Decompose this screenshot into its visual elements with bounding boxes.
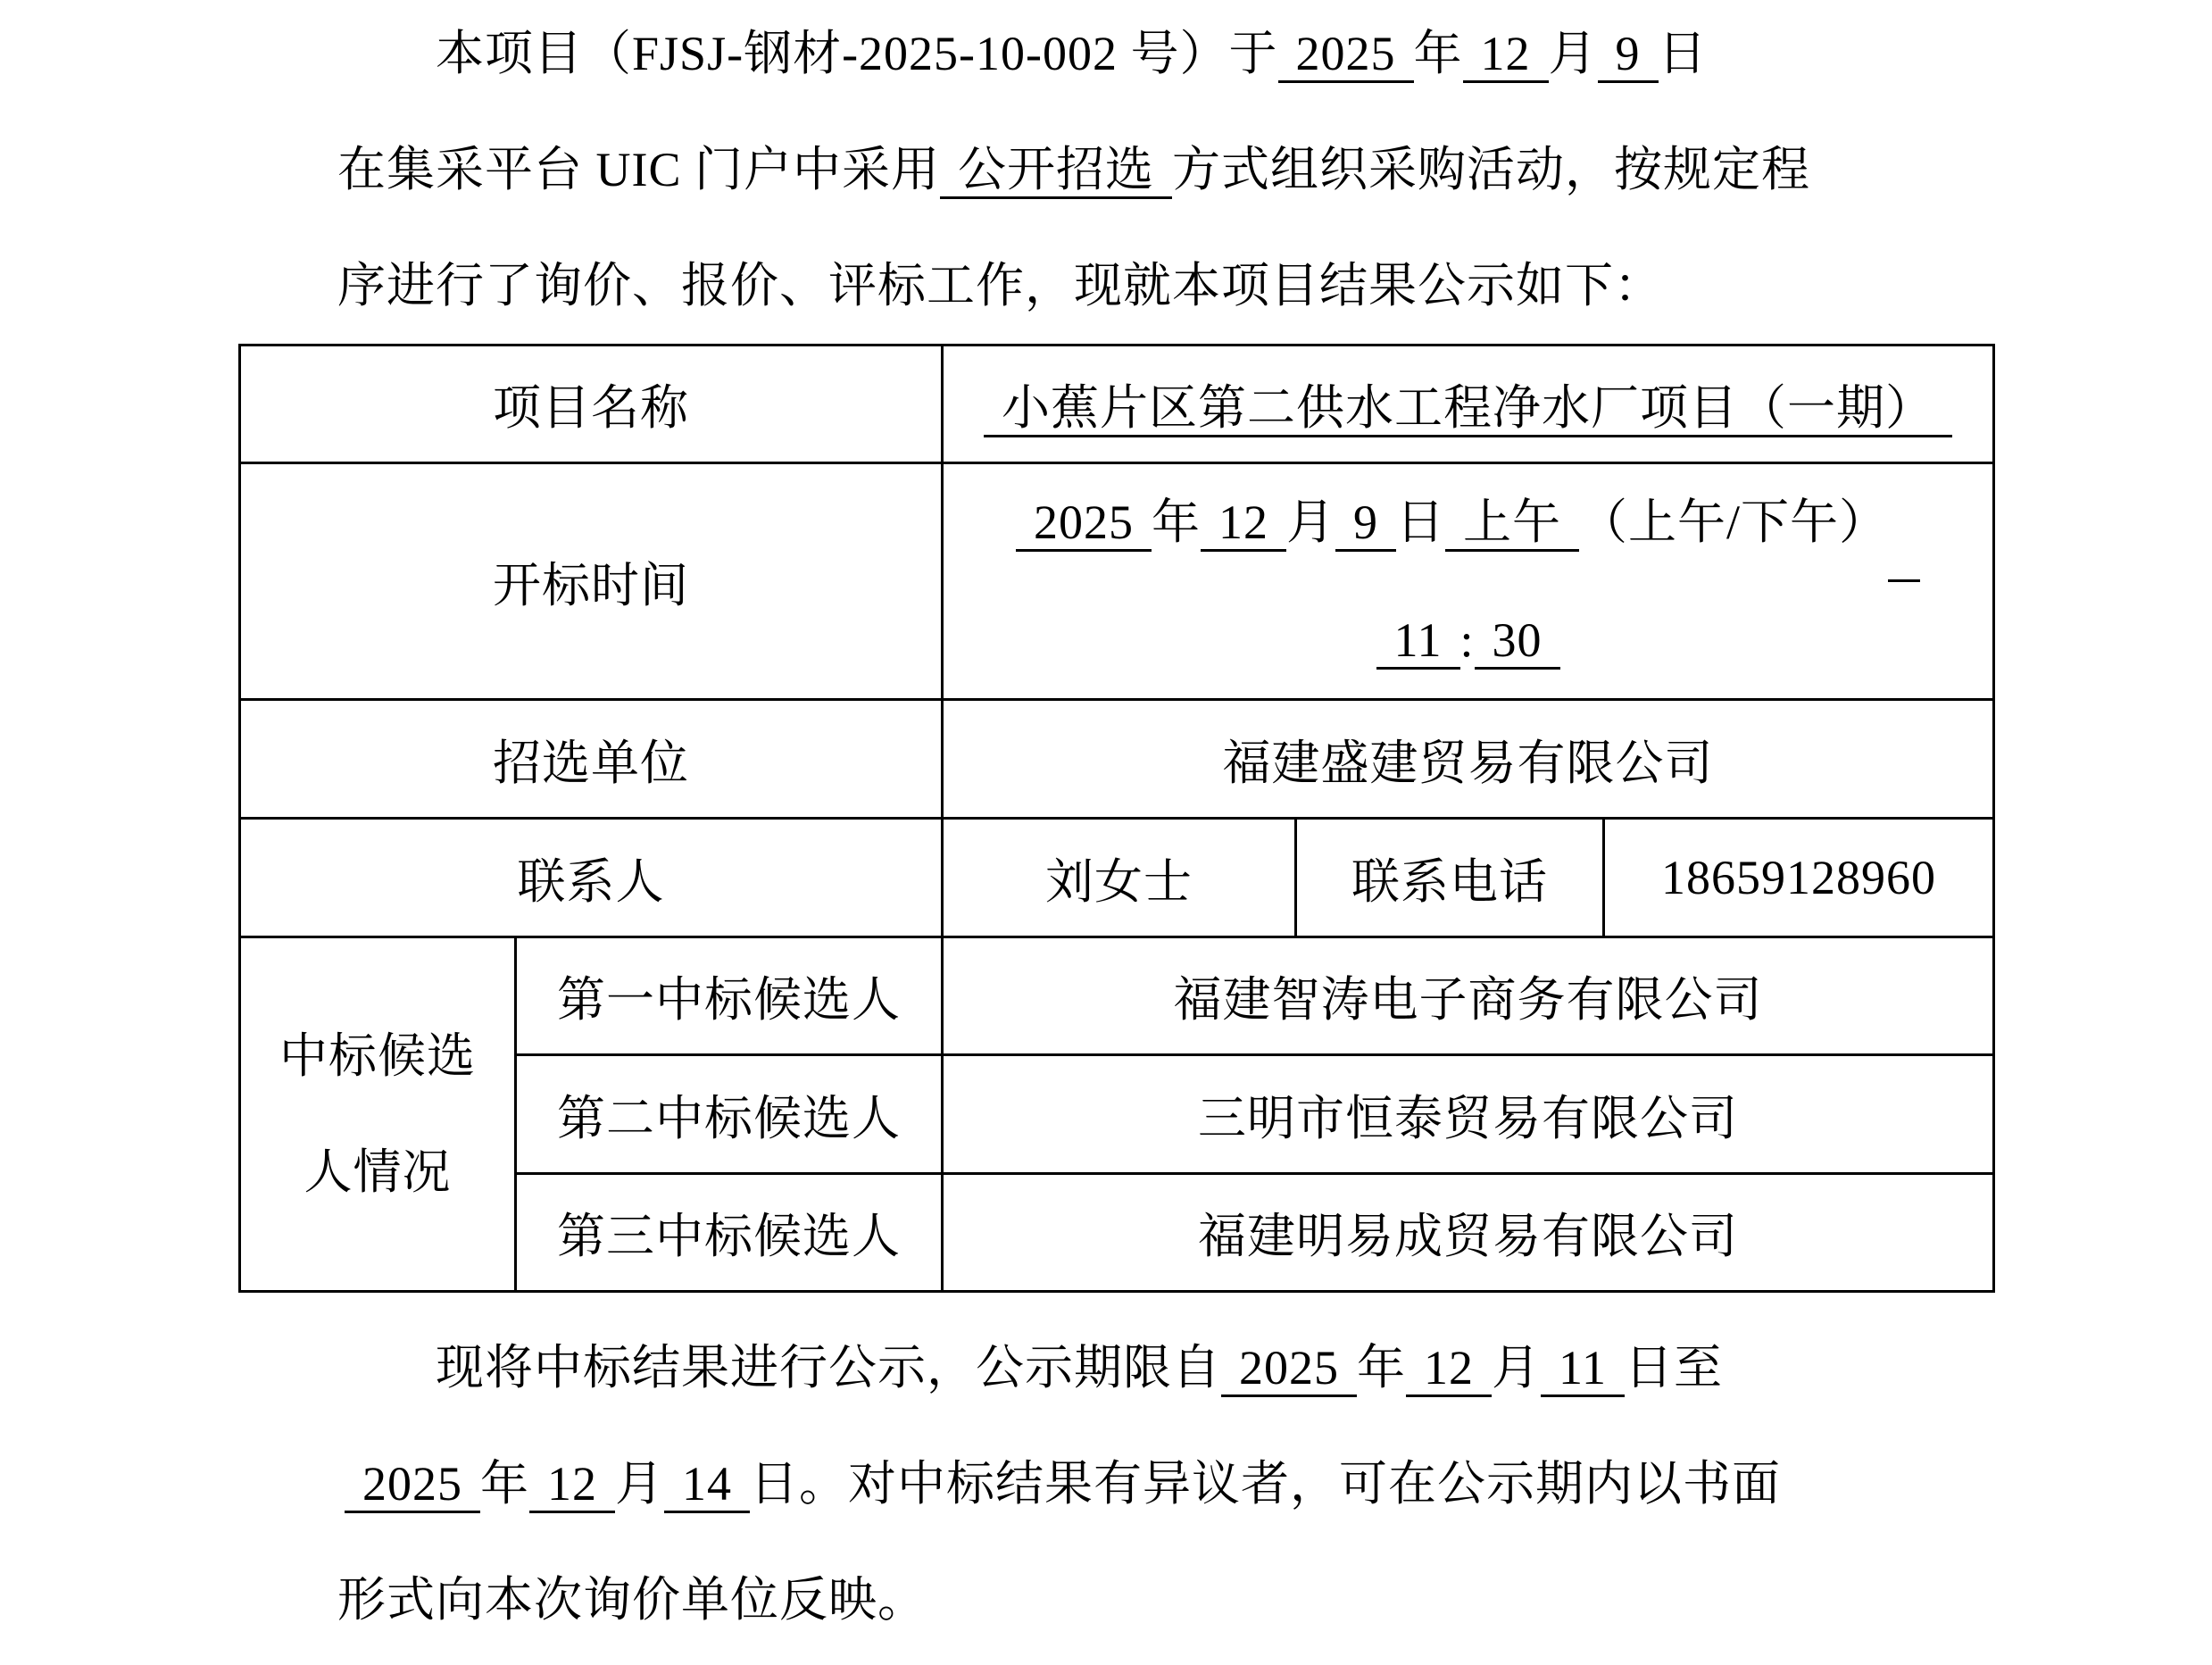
text-run: 年 xyxy=(1357,1341,1406,1394)
row-project-name: 项目名称 小蕉片区第二供水工程净水厂项目（一期） xyxy=(240,345,1994,463)
tender-unit-label: 招选单位 xyxy=(240,700,943,819)
filled-blank: 2025 xyxy=(1278,27,1414,83)
candidates-group-label-line2: 人情况 xyxy=(241,1114,514,1230)
contact-phone-number: 18659128960 xyxy=(1604,819,1994,937)
contact-label: 联系人 xyxy=(240,819,943,937)
filled-blank: 11 xyxy=(1541,1341,1625,1397)
text-run: 月 xyxy=(1492,1341,1541,1394)
candidate-1-value: 福建智涛电子商务有限公司 xyxy=(943,937,1994,1055)
filled-blank: 11 xyxy=(1376,613,1460,670)
text-run: 月 xyxy=(1549,27,1598,80)
candidate-1-label: 第一中标候选人 xyxy=(516,937,943,1055)
filled-blank: 2025 xyxy=(1016,495,1152,552)
text-run: 序进行了询价、报价、评标工作，现就本项目结果公示如下： xyxy=(337,259,1663,312)
filled-blank: 2025 xyxy=(1221,1341,1357,1397)
closing-line-3: 形式向本次询价单位反映。 xyxy=(337,1566,927,1634)
row-tender-unit: 招选单位 福建盛建贸易有限公司 xyxy=(240,700,1994,819)
text-run: : xyxy=(1460,613,1475,667)
text-run: 本项目（FJSJ-钢材-2025-10-002 号）于 xyxy=(436,27,1278,80)
filled-blank: 12 xyxy=(529,1457,615,1513)
text-run: 年 xyxy=(1414,27,1463,80)
row-candidate-1: 中标候选 人情况 第一中标候选人 福建智涛电子商务有限公司 xyxy=(240,937,1994,1055)
text-run: 年 xyxy=(1152,495,1201,549)
filled-blank: 9 xyxy=(1335,495,1396,552)
filled-blank: 公开招选 xyxy=(940,143,1172,199)
filled-blank: 12 xyxy=(1463,27,1549,83)
project-name-value: 小蕉片区第二供水工程净水厂项目（一期） xyxy=(943,345,1994,463)
result-table: 项目名称 小蕉片区第二供水工程净水厂项目（一期） 开标时间 2025年12月9日… xyxy=(238,344,1995,1293)
contact-phone-label: 联系电话 xyxy=(1296,819,1604,937)
candidate-3-label: 第三中标候选人 xyxy=(516,1174,943,1292)
row-bid-open-time: 开标时间 2025年12月9日上午（上午/下午） 11:30 xyxy=(240,463,1994,700)
text-run: 日。对中标结果有异议者，可在公示期内以书面 xyxy=(750,1457,1781,1511)
contact-name: 刘女士 xyxy=(943,819,1296,937)
closing-line-1: 现将中标结果进行公示，公示期限自2025年12月11日至 xyxy=(436,1334,1723,1402)
candidate-3-value: 福建明易成贸易有限公司 xyxy=(943,1174,1994,1292)
row-contact: 联系人 刘女士 联系电话 18659128960 xyxy=(240,819,1994,937)
filled-blank: 小蕉片区第二供水工程净水厂项目（一期） xyxy=(984,381,1952,437)
text-run: 日至 xyxy=(1625,1341,1723,1394)
text-run: 日 xyxy=(1659,27,1708,80)
filled-blank: 30 xyxy=(1475,613,1560,670)
tender-unit-value: 福建盛建贸易有限公司 xyxy=(943,700,1994,819)
filled-blank: 12 xyxy=(1201,495,1286,552)
filled-blank: 12 xyxy=(1406,1341,1492,1397)
bid-open-time-value: 2025年12月9日上午（上午/下午） 11:30 xyxy=(943,463,1994,700)
bid-open-time-clock-line: 11:30 xyxy=(944,582,1992,698)
intro-line-1: 本项目（FJSJ-钢材-2025-10-002 号）于2025年12月9日 xyxy=(436,20,1708,87)
text-run: 现将中标结果进行公示，公示期限自 xyxy=(436,1341,1221,1394)
closing-line-2: 2025年12月14日。对中标结果有异议者，可在公示期内以书面 xyxy=(345,1450,1781,1518)
text-run: 形式向本次询价单位反映。 xyxy=(337,1573,927,1627)
bid-open-time-label: 开标时间 xyxy=(240,463,943,700)
filled-blank: 14 xyxy=(664,1457,750,1513)
text-run: 日 xyxy=(1396,495,1445,549)
candidates-group-label-line1: 中标候选 xyxy=(241,998,514,1114)
filled-blank: 2025 xyxy=(345,1457,480,1513)
text-run: （上午/下午） xyxy=(1579,495,1888,549)
filled-blank: 9 xyxy=(1598,27,1659,83)
candidates-group-label: 中标候选 人情况 xyxy=(240,937,516,1292)
text-run: 年 xyxy=(480,1457,529,1511)
text-run: 方式组织采购活动，按规定程 xyxy=(1172,143,1810,196)
project-name-label: 项目名称 xyxy=(240,345,943,463)
text-run: 月 xyxy=(1286,495,1335,549)
empty-blank xyxy=(1888,531,1920,582)
text-run: 月 xyxy=(615,1457,664,1511)
intro-line-3: 序进行了询价、报价、评标工作，现就本项目结果公示如下： xyxy=(337,252,1663,320)
text-run: 在集采平台 UIC 门户中采用 xyxy=(337,143,940,196)
intro-line-2: 在集采平台 UIC 门户中采用公开招选方式组织采购活动，按规定程 xyxy=(337,136,1810,204)
filled-blank: 上午 xyxy=(1445,495,1579,552)
candidate-2-label: 第二中标候选人 xyxy=(516,1055,943,1174)
candidate-2-value: 三明市恒泰贸易有限公司 xyxy=(943,1055,1994,1174)
bid-open-time-date-line: 2025年12月9日上午（上午/下午） xyxy=(944,464,1992,582)
